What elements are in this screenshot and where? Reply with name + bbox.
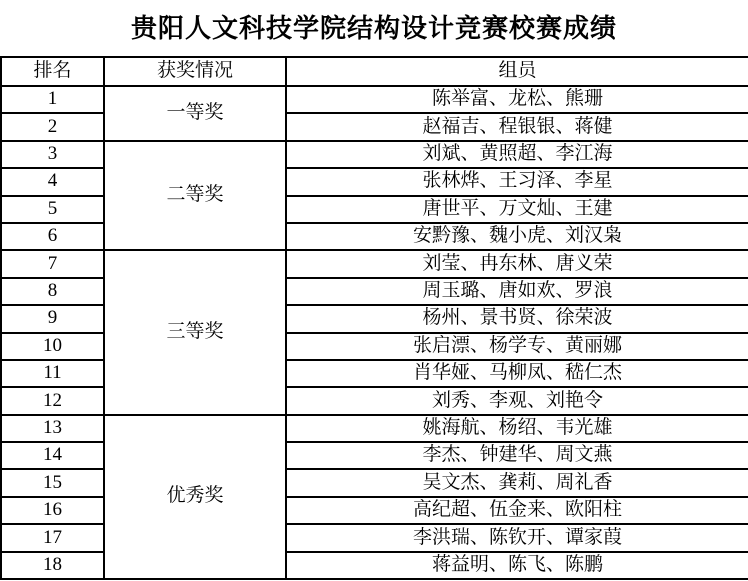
rank-cell: 5 xyxy=(1,196,104,223)
rank-cell: 16 xyxy=(1,497,104,524)
rank-cell: 6 xyxy=(1,223,104,250)
rank-cell: 12 xyxy=(1,387,104,414)
members-cell: 刘斌、黄照超、李江海 xyxy=(286,141,748,168)
award-cell: 二等奖 xyxy=(104,141,286,251)
rank-cell: 15 xyxy=(1,469,104,496)
members-cell: 张林烨、王习泽、李星 xyxy=(286,168,748,195)
members-cell: 刘莹、冉东林、唐义荣 xyxy=(286,250,748,277)
header-row: 排名 获奖情况 组员 xyxy=(1,57,748,86)
rank-cell: 1 xyxy=(1,86,104,113)
rank-cell: 17 xyxy=(1,524,104,551)
rank-cell: 4 xyxy=(1,168,104,195)
header-award: 获奖情况 xyxy=(104,57,286,86)
results-table: 排名 获奖情况 组员 1一等奖陈举富、龙松、熊珊2赵福吉、程银银、蒋健3二等奖刘… xyxy=(0,56,748,580)
rank-cell: 3 xyxy=(1,141,104,168)
rank-cell: 18 xyxy=(1,552,104,579)
members-cell: 唐世平、万文灿、王建 xyxy=(286,196,748,223)
members-cell: 肖华娅、马柳凤、嵇仁杰 xyxy=(286,360,748,387)
table-row: 3二等奖刘斌、黄照超、李江海 xyxy=(1,141,748,168)
rank-cell: 14 xyxy=(1,442,104,469)
members-cell: 安黔豫、魏小虎、刘汉枭 xyxy=(286,223,748,250)
rank-cell: 8 xyxy=(1,278,104,305)
award-cell: 三等奖 xyxy=(104,250,286,414)
header-members: 组员 xyxy=(286,57,748,86)
members-cell: 杨州、景书贤、徐荣波 xyxy=(286,305,748,332)
members-cell: 李杰、钟建华、周文燕 xyxy=(286,442,748,469)
table-row: 13优秀奖姚海航、杨绍、韦光雄 xyxy=(1,415,748,442)
members-cell: 姚海航、杨绍、韦光雄 xyxy=(286,415,748,442)
members-cell: 吴文杰、龚莉、周礼香 xyxy=(286,469,748,496)
rank-cell: 7 xyxy=(1,250,104,277)
members-cell: 李洪瑞、陈钦开、谭家葭 xyxy=(286,524,748,551)
members-cell: 蒋益明、陈飞、陈鹏 xyxy=(286,552,748,579)
award-cell: 优秀奖 xyxy=(104,415,286,579)
rank-cell: 13 xyxy=(1,415,104,442)
award-cell: 一等奖 xyxy=(104,86,286,141)
rank-cell: 11 xyxy=(1,360,104,387)
results-table-body: 1一等奖陈举富、龙松、熊珊2赵福吉、程银银、蒋健3二等奖刘斌、黄照超、李江海4张… xyxy=(1,86,748,579)
rank-cell: 2 xyxy=(1,113,104,140)
members-cell: 刘秀、李观、刘艳令 xyxy=(286,387,748,414)
members-cell: 周玉璐、唐如欢、罗浪 xyxy=(286,278,748,305)
page-title: 贵阳人文科技学院结构设计竞赛校赛成绩 xyxy=(0,0,748,56)
members-cell: 高纪超、伍金来、欧阳柱 xyxy=(286,497,748,524)
members-cell: 赵福吉、程银银、蒋健 xyxy=(286,113,748,140)
header-rank: 排名 xyxy=(1,57,104,86)
members-cell: 陈举富、龙松、熊珊 xyxy=(286,86,748,113)
table-row: 7三等奖刘莹、冉东林、唐义荣 xyxy=(1,250,748,277)
rank-cell: 9 xyxy=(1,305,104,332)
rank-cell: 10 xyxy=(1,333,104,360)
members-cell: 张启漂、杨学专、黄丽娜 xyxy=(286,333,748,360)
table-row: 1一等奖陈举富、龙松、熊珊 xyxy=(1,86,748,113)
